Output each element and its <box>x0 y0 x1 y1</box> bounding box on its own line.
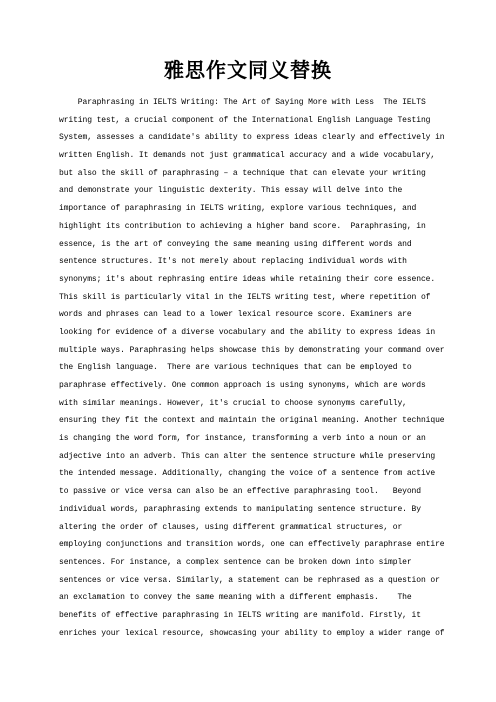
text-line: multiple ways. Paraphrasing helps showca… <box>59 342 451 360</box>
text-line: Paraphrasing in IELTS Writing: The Art o… <box>59 94 451 112</box>
text-line: enriches your lexical resource, showcasi… <box>59 625 451 643</box>
text-line: synonyms; it's about rephrasing entire i… <box>59 271 451 289</box>
text-line: to passive or vice versa can also be an … <box>59 483 451 501</box>
text-line: an exclamation to convey the same meanin… <box>59 589 451 607</box>
text-line: writing test, a crucial component of the… <box>59 112 451 130</box>
text-line: importance of paraphrasing in IELTS writ… <box>59 200 451 218</box>
text-line: adjective into an adverb. This can alter… <box>59 448 451 466</box>
text-line: with similar meanings. However, it's cru… <box>59 395 451 413</box>
text-line: the English language. There are various … <box>59 359 451 377</box>
text-line: sentence structures. It's not merely abo… <box>59 253 451 271</box>
text-line: is changing the word form, for instance,… <box>59 430 451 448</box>
text-line: sentences. For instance, a complex sente… <box>59 554 451 572</box>
text-line: written English. It demands not just gra… <box>59 147 451 165</box>
text-line: words and phrases can lead to a lower le… <box>59 306 451 324</box>
text-line: This skill is particularly vital in the … <box>59 289 451 307</box>
text-line: benefits of effective paraphrasing in IE… <box>59 607 451 625</box>
text-line: the intended message. Additionally, chan… <box>59 465 451 483</box>
text-line: looking for evidence of a diverse vocabu… <box>59 324 451 342</box>
text-line: highlight its contribution to achieving … <box>59 218 451 236</box>
text-line: and demonstrate your linguistic dexterit… <box>59 182 451 200</box>
text-line: altering the order of clauses, using dif… <box>59 519 451 537</box>
text-line: sentences or vice versa. Similarly, a st… <box>59 572 451 590</box>
text-line: but also the skill of paraphrasing – a t… <box>59 165 451 183</box>
text-line: essence, is the art of conveying the sam… <box>59 236 451 254</box>
text-line: ensuring they fit the context and mainta… <box>59 412 451 430</box>
text-line: paraphrase effectively. One common appro… <box>59 377 451 395</box>
document-title: 雅思作文同义替换 <box>0 55 496 85</box>
text-line: individual words, paraphrasing extends t… <box>59 501 451 519</box>
document-body: Paraphrasing in IELTS Writing: The Art o… <box>59 94 451 642</box>
text-line: employing conjunctions and transition wo… <box>59 536 451 554</box>
document-page: 雅思作文同义替换 Paraphrasing in IELTS Writing: … <box>0 0 496 702</box>
text-line: System, assesses a candidate's ability t… <box>59 129 451 147</box>
